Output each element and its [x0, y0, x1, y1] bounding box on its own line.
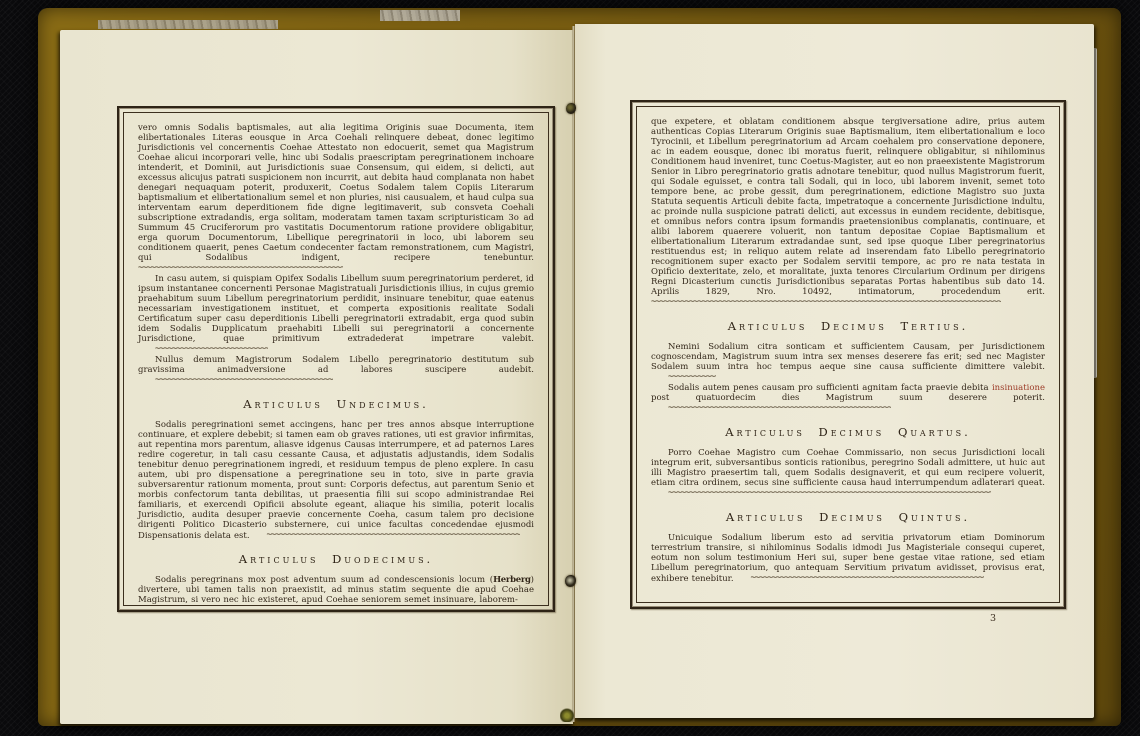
paragraph-text: Nemini Sodalium citra sonticam et suffic… [651, 342, 1045, 372]
article-12-heading: Articulus Duodecimus. [138, 554, 534, 564]
paragraph-text: post quatuordecim dies Magistrum suum de… [651, 393, 1045, 403]
article-12-paragraph: Sodalis peregrinans mox post adventum su… [138, 575, 534, 605]
squiggle-separator [651, 372, 716, 381]
squiggle-separator [138, 344, 268, 353]
article-13-heading: Articulus Decimus Tertius. [651, 321, 1045, 331]
paragraph-text: Porro Coehae Magistro cum Coehae Commiss… [651, 448, 1045, 488]
squiggle-separator [734, 573, 984, 582]
paragraph-text: In casu autem, si quispiam Opifex Sodali… [138, 274, 534, 344]
squiggle-separator [138, 375, 333, 384]
continuation-paragraph: vero omnis Sodalis baptismales, aut alia… [138, 123, 534, 274]
article-13-paragraph-1: Nemini Sodalium citra sonticam et suffic… [651, 342, 1045, 383]
right-page-text-block: que expetere, et oblatam conditionem abs… [636, 106, 1060, 603]
article-11-paragraph: Sodalis peregrinationi semet accingens, … [138, 420, 534, 541]
discolored-word: insinuatione [992, 383, 1045, 393]
squiggle-separator [651, 403, 891, 412]
open-book: vero omnis Sodalis baptismales, aut alia… [38, 8, 1121, 726]
binding-thread [560, 708, 574, 722]
paragraph-text: Sodalis autem penes causam pro sufficien… [668, 383, 992, 393]
book-gutter-fold [572, 26, 575, 722]
article-15-heading: Articulus Decimus Quintus. [651, 512, 1045, 522]
paragraph-text: vero omnis Sodalis baptismales, aut alia… [138, 123, 534, 263]
herberg-fraktur-word: Herberg [493, 575, 531, 585]
left-page: vero omnis Sodalis baptismales, aut alia… [60, 30, 573, 724]
article-11-heading: Articulus Undecimus. [138, 399, 534, 409]
page-number: 3 [990, 613, 996, 624]
squiggle-separator [250, 530, 520, 539]
left-page-border-frame: vero omnis Sodalis baptismales, aut alia… [117, 106, 555, 612]
paragraph-text: Sodalis peregrinationi semet accingens, … [138, 420, 534, 541]
paragraph: In casu autem, si quispiam Opifex Sodali… [138, 274, 534, 355]
squiggle-separator [651, 297, 1001, 306]
article-15-paragraph: Unicuique Sodalium liberum esto ad servi… [651, 533, 1045, 584]
paragraph-text: que expetere, et oblatam conditionem abs… [651, 117, 1045, 297]
paragraph-text: Sodalis peregrinans mox post adventum su… [155, 575, 493, 585]
marbled-edge-top [98, 20, 278, 29]
marbled-edge-top-fragment [380, 10, 460, 21]
article-13-paragraph-2: Sodalis autem penes causam pro sufficien… [651, 383, 1045, 414]
stitch-hole-top [566, 103, 576, 114]
right-page-border-frame: que expetere, et oblatam conditionem abs… [630, 100, 1066, 609]
left-page-text-block: vero omnis Sodalis baptismales, aut alia… [123, 112, 549, 606]
stitch-hole-bottom [565, 575, 576, 587]
continuation-paragraph: que expetere, et oblatam conditionem abs… [651, 117, 1045, 308]
paragraph: Nullus demum Magistrorum Sodalem Libello… [138, 355, 534, 386]
article-14-paragraph: Porro Coehae Magistro cum Coehae Commiss… [651, 448, 1045, 499]
squiggle-separator [138, 263, 343, 272]
article-14-heading: Articulus Decimus Quartus. [651, 427, 1045, 437]
right-page: que expetere, et oblatam conditionem abs… [575, 24, 1094, 718]
paragraph-text: Nullus demum Magistrorum Sodalem Libello… [138, 355, 534, 375]
squiggle-separator [651, 488, 991, 497]
